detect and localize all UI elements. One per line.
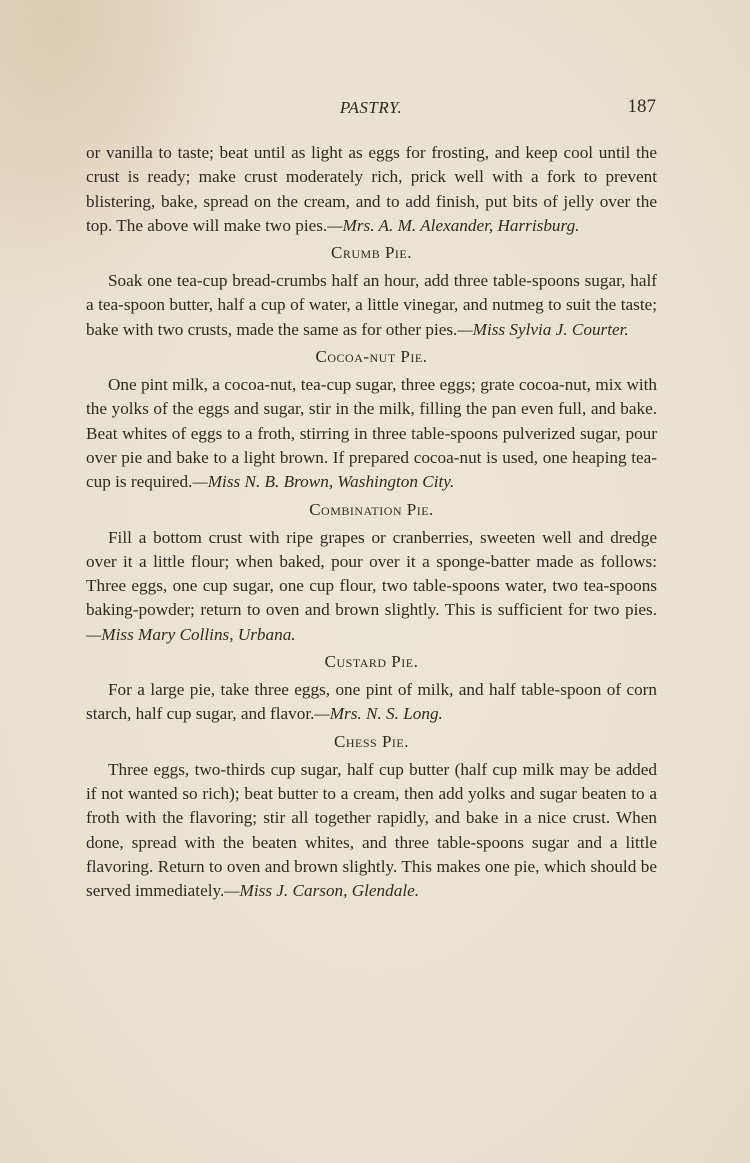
recipe-paragraph-chess-pie: Three eggs, two-thirds cup sugar, half c… [86,758,657,904]
page-number: 187 [628,96,657,118]
recipe-body: Three eggs, two-thirds cup sugar, half c… [86,760,657,900]
recipe-heading-custard-pie: Custard Pie. [86,650,657,674]
running-title: PASTRY. [86,98,656,118]
page-body: or vanilla to taste; beat until as light… [86,141,657,903]
recipe-paragraph-cocoa-nut-pie: One pint milk, a cocoa-nut, tea-cup suga… [86,373,657,494]
recipe-heading-combination-pie: Combination Pie. [86,498,657,522]
book-page: PASTRY. 187 or vanilla to taste; beat un… [0,0,750,1163]
recipe-continued-paragraph: or vanilla to taste; beat until as light… [86,141,657,238]
recipe-heading-chess-pie: Chess Pie. [86,730,657,754]
recipe-attribution: —Miss J. Carson, Glendale. [224,881,419,900]
recipe-heading-crumb-pie: Crumb Pie. [86,241,657,265]
recipe-paragraph-crumb-pie: Soak one tea-cup bread-crumbs half an ho… [86,269,657,342]
recipe-attribution: —Miss N. B. Brown, Washington City. [192,472,454,491]
recipe-attribution: —Mrs. N. S. Long. [314,704,442,723]
recipe-attribution: —Miss Mary Collins, Urbana. [86,625,296,644]
recipe-paragraph-combination-pie: Fill a bottom crust with ripe grapes or … [86,526,657,647]
recipe-body: Fill a bottom crust with ripe grapes or … [86,528,657,620]
running-head: PASTRY. 187 [86,96,656,120]
recipe-attribution: —Mrs. A. M. Alexander, Harrisburg. [327,216,579,235]
recipe-heading-cocoa-nut-pie: Cocoa-nut Pie. [86,345,657,369]
recipe-paragraph-custard-pie: For a large pie, take three eggs, one pi… [86,678,657,727]
recipe-attribution: —Miss Sylvia J. Courter. [457,320,628,339]
